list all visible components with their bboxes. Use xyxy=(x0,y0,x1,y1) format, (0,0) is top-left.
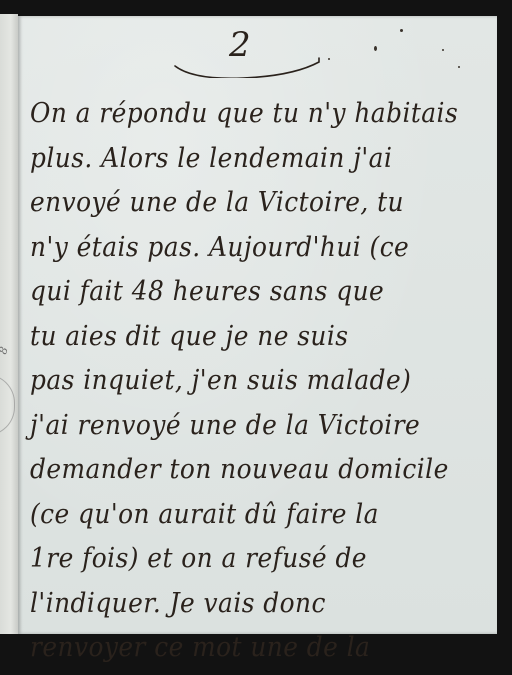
text-line: envoyé une de la Victoire, tu xyxy=(30,181,453,226)
text-line: pas inquiet, j'en suis malade) xyxy=(30,359,453,404)
ink-speck xyxy=(442,49,444,51)
text-line: plus. Alors le lendemain j'ai xyxy=(30,137,453,182)
ink-speck xyxy=(328,58,330,60)
text-line: j'ai renvoyé une de la Victoire xyxy=(30,404,453,449)
text-line: On a répondu que tu n'y habitais xyxy=(30,92,453,137)
margin-fragment: 8 xyxy=(0,345,11,356)
ink-speck xyxy=(458,66,460,68)
letter-page: 2 On a répondu que tu n'y habitais plus.… xyxy=(18,16,497,634)
text-line: tu aies dit que je ne suis xyxy=(30,315,453,360)
ink-speck xyxy=(374,46,377,51)
ink-speck xyxy=(400,29,403,32)
text-line: n'y étais pas. Aujourd'hui (ce xyxy=(30,226,453,271)
text-line: renvoyer ce mot une de la xyxy=(30,626,453,671)
text-line: l'indiquer. Je vais donc xyxy=(30,582,453,627)
margin-arc xyxy=(0,374,15,436)
underline-brace-icon xyxy=(173,48,323,78)
handwritten-text: On a répondu que tu n'y habitais plus. A… xyxy=(30,92,490,671)
text-line: (ce qu'on aurait dû faire la xyxy=(30,493,453,538)
page-number-header: 2 xyxy=(173,28,323,78)
text-line: qui fait 48 heures sans que xyxy=(30,270,453,315)
adjacent-page-edge: 8 xyxy=(0,14,18,634)
text-line: 1re fois) et on a refusé de xyxy=(30,537,453,582)
text-line: demander ton nouveau domicile xyxy=(30,448,453,493)
